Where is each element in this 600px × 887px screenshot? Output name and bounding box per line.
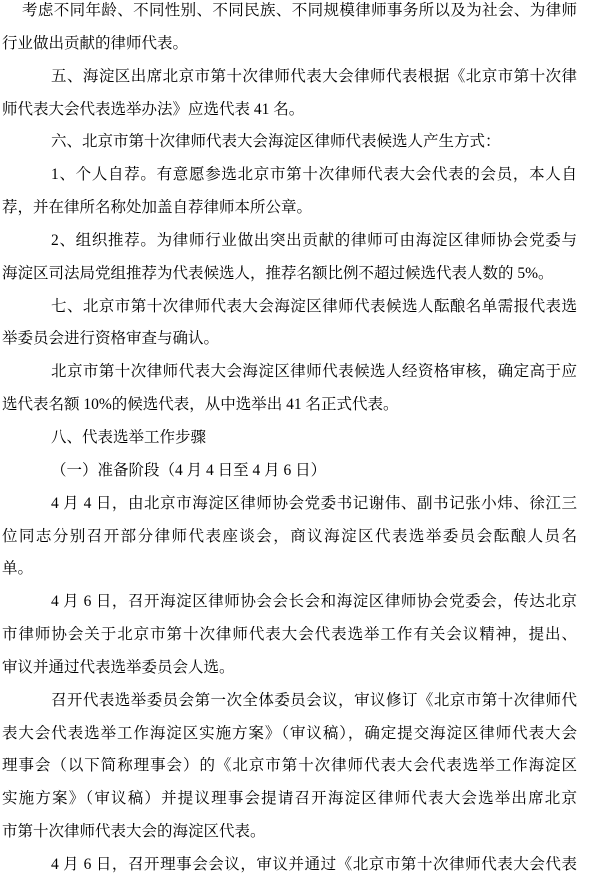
text-line: （一）准备阶段（4 月 4 日至 4 月 6 日） xyxy=(2,455,577,488)
para-stage-1-heading: （一）准备阶段（4 月 4 日至 4 月 6 日） xyxy=(2,455,577,488)
text-line: 4 月 6 日，召开理事会会议，审议并通过《北京市第十次律师代表大会代表 xyxy=(2,849,577,882)
text-line: 行业做出贡献的律师代表。 xyxy=(2,28,577,61)
text-line: 七、北京市第十次律师代表大会海淀区律师代表候选人酝酿名单需报代表选 xyxy=(2,291,577,324)
document-body: 考虑不同年龄、不同性别、不同民族、不同规模律师事务所以及为社会、为律师行业做出贡… xyxy=(2,0,577,882)
para-item-5-quota: 五、海淀区出席北京市第十次律师代表大会律师代表根据《北京市第十次律师代表大会代表… xyxy=(2,61,577,127)
para-item-8-work-steps: 八、代表选举工作步骤 xyxy=(2,422,577,455)
text-line: 举委员会进行资格审查与确认。 xyxy=(2,323,577,356)
text-line: 市律师协会关于北京市第十次律师代表大会代表选举工作有关会议精神，提出、 xyxy=(2,619,577,652)
para-organization-recommendation: 2、组织推荐。为律师行业做出突出贡献的律师可由海淀区律师协会党委与海淀区司法局党… xyxy=(2,225,577,291)
text-line: 1、个人自荐。有意愿参选北京市第十次律师代表大会代表的会员，本人自 xyxy=(2,159,577,192)
text-line: 单。 xyxy=(2,553,577,586)
text-line: 北京市第十次律师代表大会海淀区律师代表候选人经资格审核，确定高于应 xyxy=(2,356,577,389)
text-line: 召开代表选举委员会第一次全体委员会议，审议修订《北京市第十次律师代 xyxy=(2,685,577,718)
para-item-6-candidate-methods: 六、北京市第十次律师代表大会海淀区律师代表候选人产生方式： xyxy=(2,126,577,159)
para-april-6-council-meeting: 4 月 6 日，召开理事会会议，审议并通过《北京市第十次律师代表大会代表 xyxy=(2,849,577,882)
text-line: 4 月 4 日，由北京市海淀区律师协会党委书记谢伟、副书记张小炜、徐江三 xyxy=(2,488,577,521)
text-line: 表大会代表选举工作海淀区实施方案》（审议稿），确定提交海淀区律师代表大会 xyxy=(2,718,577,751)
text-line: 荐，并在律所名称处加盖自荐律师本所公章。 xyxy=(2,192,577,225)
para-item-7-report-list: 七、北京市第十次律师代表大会海淀区律师代表候选人酝酿名单需报代表选举委员会进行资… xyxy=(2,291,577,357)
text-line: 审议并通过代表选举委员会人选。 xyxy=(2,652,577,685)
para-election-committee-first-plenary: 召开代表选举委员会第一次全体委员会议，审议修订《北京市第十次律师代表大会代表选举… xyxy=(2,685,577,849)
text-line: 选代表名额 10%的候选代表，从中选举出 41 名正式代表。 xyxy=(2,389,577,422)
text-line: 理事会（以下简称理事会）的《北京市第十次律师代表大会代表选举工作海淀区 xyxy=(2,750,577,783)
para-continued-from-previous-page: 考虑不同年龄、不同性别、不同民族、不同规模律师事务所以及为社会、为律师行业做出贡… xyxy=(2,0,577,61)
text-line: 考虑不同年龄、不同性别、不同民族、不同规模律师事务所以及为社会、为律师 xyxy=(2,0,577,28)
para-april-6-association-meetings: 4 月 6 日，召开海淀区律师协会会长会和海淀区律师协会党委会，传达北京市律师协… xyxy=(2,586,577,685)
text-line: 师代表大会代表选举办法》应选代表 41 名。 xyxy=(2,94,577,127)
document-page: 考虑不同年龄、不同性别、不同民族、不同规模律师事务所以及为社会、为律师行业做出贡… xyxy=(0,0,600,887)
text-line: 市第十次律师代表大会的海淀区代表。 xyxy=(2,816,577,849)
text-line: 2、组织推荐。为律师行业做出突出贡献的律师可由海淀区律师协会党委与 xyxy=(2,225,577,258)
text-line: 海淀区司法局党组推荐为代表候选人，推荐名额比例不超过候选代表人数的 5%。 xyxy=(2,258,577,291)
para-self-recommendation: 1、个人自荐。有意愿参选北京市第十次律师代表大会代表的会员，本人自荐，并在律所名… xyxy=(2,159,577,225)
text-line: 实施方案》（审议稿）并提议理事会提请召开海淀区律师代表大会选举出席北京 xyxy=(2,783,577,816)
text-line: 八、代表选举工作步骤 xyxy=(2,422,577,455)
para-qualification-review: 北京市第十次律师代表大会海淀区律师代表候选人经资格审核，确定高于应选代表名额 1… xyxy=(2,356,577,422)
para-april-4-symposium: 4 月 4 日，由北京市海淀区律师协会党委书记谢伟、副书记张小炜、徐江三位同志分… xyxy=(2,488,577,587)
text-line: 4 月 6 日，召开海淀区律师协会会长会和海淀区律师协会党委会，传达北京 xyxy=(2,586,577,619)
text-line: 五、海淀区出席北京市第十次律师代表大会律师代表根据《北京市第十次律 xyxy=(2,61,577,94)
text-line: 六、北京市第十次律师代表大会海淀区律师代表候选人产生方式： xyxy=(2,126,577,159)
text-line: 位同志分别召开部分律师代表座谈会，商议海淀区代表选举委员会酝酿人员名 xyxy=(2,521,577,554)
